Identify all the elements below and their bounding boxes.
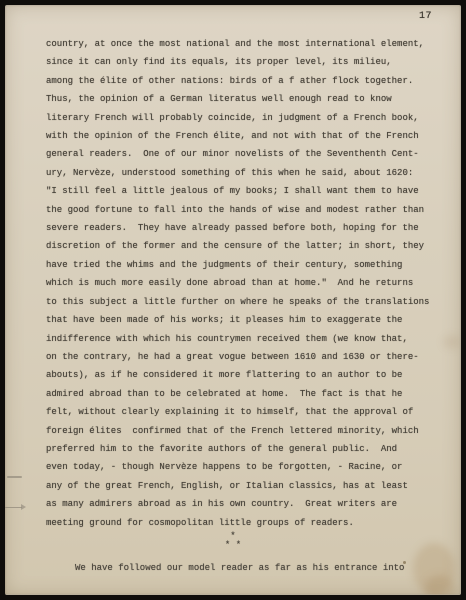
text-line: have tried the whims and the judgments o… — [46, 256, 450, 274]
text-line: among the élite of other nations: birds … — [46, 72, 450, 90]
text-line: meeting ground for cosmopolitan little g… — [46, 514, 450, 532]
text-line: even today, - though Nervèze happens to … — [46, 458, 450, 476]
text-line: country, at once the most national and t… — [46, 35, 450, 53]
text-line: foreign élites confirmed that of the Fre… — [46, 422, 450, 440]
pencil-mark-arrow — [5, 504, 27, 510]
text-line: to this subject a little further on wher… — [46, 293, 450, 311]
separator-line-bottom: * * — [5, 541, 461, 550]
text-line: any of the great French, English, or Ita… — [46, 477, 450, 495]
text-line: "I still feel a little jealous of my boo… — [46, 182, 450, 200]
manuscript-page: 17 country, at once the most national an… — [5, 5, 461, 595]
asterisk-separator: * * * — [5, 532, 461, 551]
text-line: indifference with which his countrymen r… — [46, 330, 450, 348]
text-line: Thus, the opinion of a German literatus … — [46, 90, 450, 108]
photo-frame: 17 country, at once the most national an… — [0, 0, 466, 600]
text-line: discretion of the former and the censure… — [46, 237, 450, 255]
text-line: admired abroad than to be celebrated at … — [46, 385, 450, 403]
text-line: on the contrary, he had a great vogue be… — [46, 348, 450, 366]
paper-speck — [403, 561, 406, 564]
body-text: country, at once the most national and t… — [46, 35, 450, 532]
page-number: 17 — [419, 11, 432, 22]
paper-stain — [443, 335, 461, 349]
text-line: since it can only find its equals, its p… — [46, 53, 450, 71]
text-line: that have been made of his works; it ple… — [46, 311, 450, 329]
text-line: literary French will probably coincide, … — [46, 109, 450, 127]
text-line: with the opinion of the French élite, an… — [46, 127, 450, 145]
text-line: felt, without clearly explaining it to h… — [46, 403, 450, 421]
text-line: general readers. One of our minor noveli… — [46, 145, 450, 163]
text-line: ury, Nervèze, understood something of th… — [46, 164, 450, 182]
text-line: the good fortune to fall into the hands … — [46, 201, 450, 219]
text-line: as many admirers abroad as in his own co… — [46, 495, 450, 513]
text-line: preferred him to the favorite authors of… — [46, 440, 450, 458]
paper-stain — [425, 575, 455, 595]
closing-paragraph-line: We have followed our model reader as far… — [75, 559, 404, 577]
text-line: which is much more easily done abroad th… — [46, 274, 450, 292]
text-line: severe readers. They have already passed… — [46, 219, 450, 237]
pencil-mark-dash — [7, 476, 22, 478]
text-line: abouts), as if he considered it more fla… — [46, 366, 450, 384]
